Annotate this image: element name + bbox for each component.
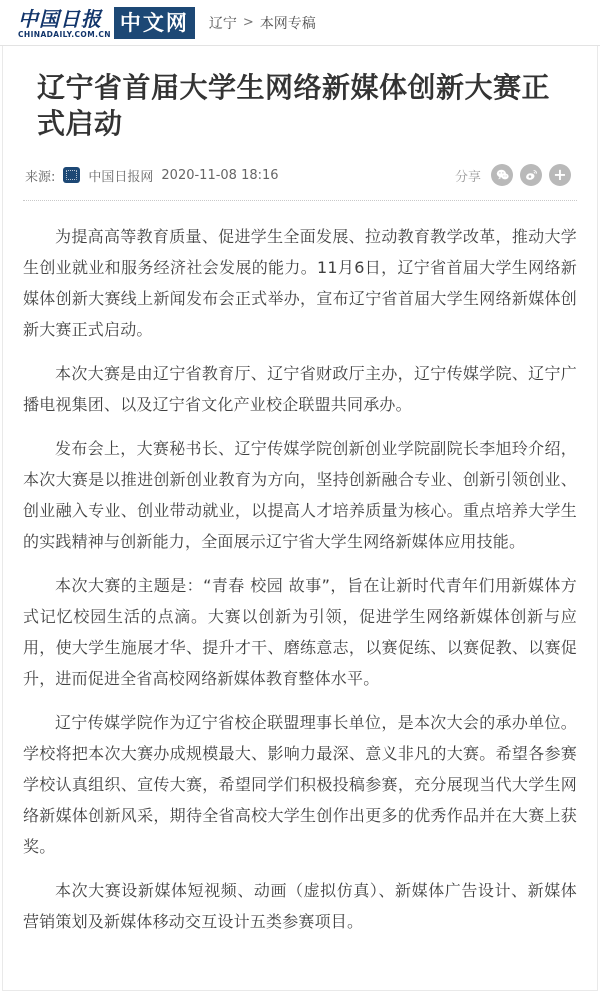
page: 中国日报 CHINADAILY.COM.CN 中文网 辽宁 > 本网专稿 辽宁省… [0,0,600,991]
breadcrumb: 辽宁 > 本网专稿 [209,13,316,33]
breadcrumb-section-link[interactable]: 辽宁 [209,13,237,33]
source-name-link[interactable]: 中国日报网 [88,166,153,185]
breadcrumb-separator: > [243,15,254,30]
chinadaily-logo-left: 中国日报 CHINADAILY.COM.CN [18,7,111,39]
article-paragraph: 辽宁传媒学院作为辽宁省校企联盟理事长单位，是本次大会的承办单位。学校将把本次大赛… [23,707,577,862]
weibo-icon [525,169,538,181]
chinadaily-logo[interactable]: 中国日报 CHINADAILY.COM.CN 中文网 [18,7,195,39]
breadcrumb-page-link[interactable]: 本网专稿 [260,13,316,33]
article-paragraph: 本次大赛是由辽宁省教育厅、辽宁省财政厅主办，辽宁传媒学院、辽宁广播电视集团、以及… [23,358,577,420]
more-share-button[interactable]: + [549,164,571,186]
site-header: 中国日报 CHINADAILY.COM.CN 中文网 辽宁 > 本网专稿 [0,0,600,46]
wechat-icon [496,169,509,181]
article-paragraph: 为提高高等教育质量、促进学生全面发展、拉动教育教学改革，推动大学生创业就业和服务… [23,221,577,345]
article-body: 为提高高等教育质量、促进学生全面发展、拉动教育教学改革，推动大学生创业就业和服务… [23,221,577,937]
article-datetime: 2020-11-08 18:16 [161,168,278,183]
source-label: 来源: [25,166,55,185]
weibo-share-button[interactable] [520,164,542,186]
plus-icon: + [553,167,566,183]
chinadaily-seal-icon [63,167,80,183]
wechat-share-button[interactable] [491,164,513,186]
article-paragraph: 本次大赛设新媒体短视频、动画（虚拟仿真）、新媒体广告设计、新媒体营销策划及新媒体… [23,875,577,937]
chinadaily-logo-cn-text: 中国日报 [18,8,111,30]
chinadaily-logo-en-text: CHINADAILY.COM.CN [18,30,111,39]
dotted-separator [23,200,577,201]
article-meta-row: 来源: 中国日报网 2020-11-08 18:16 分享 [23,164,577,186]
chinadaily-logo-chinese-site-badge: 中文网 [114,7,195,39]
article-paragraph: 本次大赛的主题是：“青春 校园 故事”，旨在让新时代青年们用新媒体方式记忆校园生… [23,570,577,694]
share-icons-group: + [491,164,571,186]
article-title: 辽宁省首届大学生网络新媒体创新大赛正式启动 [23,70,577,142]
article-container: 辽宁省首届大学生网络新媒体创新大赛正式启动 来源: 中国日报网 2020-11-… [2,46,598,991]
share-label: 分享 [455,166,481,185]
article-paragraph: 发布会上，大赛秘书长、辽宁传媒学院创新创业学院副院长李旭玲介绍，本次大赛是以推进… [23,433,577,557]
